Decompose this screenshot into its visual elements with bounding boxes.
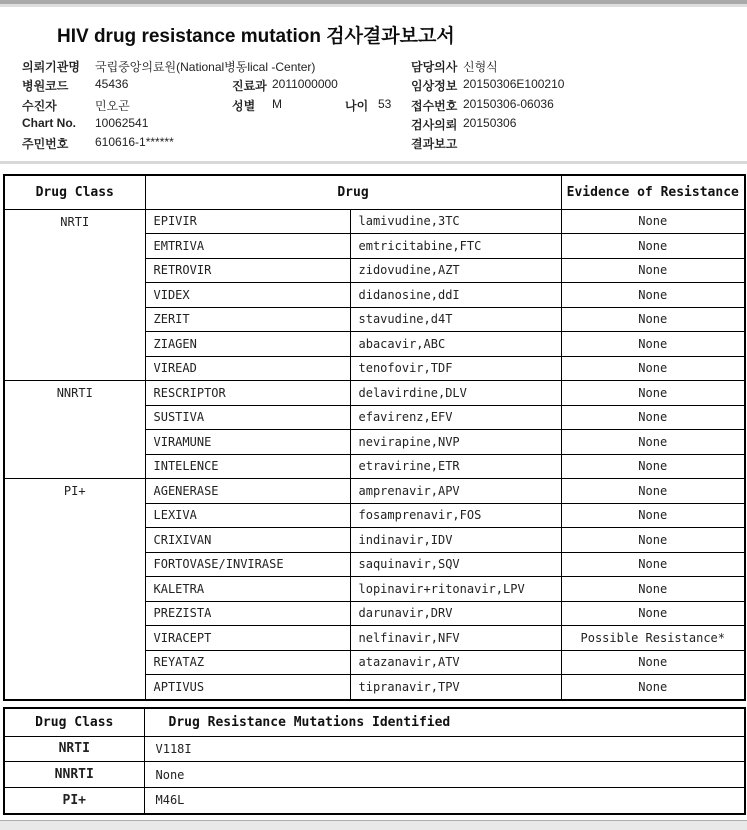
clinical-info-label: 임상정보 [411, 77, 457, 94]
meta-row-4: Chart No. 10062541 검사의뢰 20150306 [0, 116, 747, 132]
evidence-cell: None [561, 601, 745, 626]
brand-name-cell: AGENERASE [145, 479, 350, 504]
evidence-cell: None [561, 405, 745, 430]
evidence-cell: None [561, 356, 745, 381]
age-value: 53 [378, 97, 391, 111]
mutations-summary-table: Drug Class Drug Resistance Mutations Ide… [3, 707, 746, 815]
sex-label: 성별 [232, 97, 255, 114]
generic-name-cell: nelfinavir,NFV [350, 626, 561, 651]
resistance-table-body: NRTIEPIVIRlamivudine,3TCNoneEMTRIVAemtri… [4, 209, 745, 700]
chart-no-value: 10062541 [95, 116, 148, 130]
department-label: 진료과 [232, 77, 267, 94]
mutation-drug-class-cell: NNRTI [4, 762, 144, 788]
brand-name-cell: VIRACEPT [145, 626, 350, 651]
clinical-info-value: 20150306E100210 [463, 77, 564, 91]
brand-name-cell: FORTOVASE/INVIRASE [145, 552, 350, 577]
sex-value: M [272, 97, 282, 111]
mutation-row: NRTIV118I [4, 736, 745, 762]
brand-name-cell: INTELENCE [145, 454, 350, 479]
evidence-cell: None [561, 675, 745, 701]
brand-name-cell: RESCRIPTOR [145, 381, 350, 406]
brand-name-cell: RETROVIR [145, 258, 350, 283]
generic-name-cell: delavirdine,DLV [350, 381, 561, 406]
mutations-table-header-row: Drug Class Drug Resistance Mutations Ide… [4, 708, 745, 736]
brand-name-cell: KALETRA [145, 577, 350, 602]
hospital-code-value: 45436 [95, 77, 128, 91]
brand-name-cell: EPIVIR [145, 209, 350, 234]
generic-name-cell: indinavir,IDV [350, 528, 561, 553]
generic-name-cell: atazanavir,ATV [350, 650, 561, 675]
brand-name-cell: APTIVUS [145, 675, 350, 701]
patient-name-label: 수진자 [22, 97, 57, 114]
evidence-cell: None [561, 430, 745, 455]
brand-name-cell: ZIAGEN [145, 332, 350, 357]
brand-name-cell: CRIXIVAN [145, 528, 350, 553]
drug-class-cell: PI+ [4, 479, 145, 701]
generic-name-cell: fosamprenavir,FOS [350, 503, 561, 528]
mutation-drug-class-cell: NRTI [4, 736, 144, 762]
evidence-cell: None [561, 552, 745, 577]
brand-name-cell: PREZISTA [145, 601, 350, 626]
brand-name-cell: EMTRIVA [145, 234, 350, 259]
generic-name-cell: lopinavir+ritonavir,LPV [350, 577, 561, 602]
drug-row: NNRTIRESCRIPTORdelavirdine,DLVNone [4, 381, 745, 406]
drug-resistance-table: Drug Class Drug Evidence of Resistance N… [3, 174, 746, 701]
chart-no-label: Chart No. [22, 116, 76, 130]
generic-name-cell: lamivudine,3TC [350, 209, 561, 234]
generic-name-cell: nevirapine,NVP [350, 430, 561, 455]
mutations-identified-cell: M46L [144, 787, 745, 814]
mutations-drug-class-header: Drug Class [4, 708, 144, 736]
generic-name-cell: efavirenz,EFV [350, 405, 561, 430]
test-request-label: 검사의뢰 [411, 116, 457, 133]
evidence-cell: Possible Resistance* [561, 626, 745, 651]
evidence-cell: None [561, 528, 745, 553]
generic-name-cell: zidovudine,AZT [350, 258, 561, 283]
generic-name-cell: emtricitabine,FTC [350, 234, 561, 259]
evidence-cell: None [561, 258, 745, 283]
meta-row-2: 병원코드 45436 진료과 2011000000 임상정보 20150306E… [0, 77, 747, 93]
brand-name-cell: VIRAMUNE [145, 430, 350, 455]
brand-name-cell: VIREAD [145, 356, 350, 381]
brand-name-cell: VIDEX [145, 283, 350, 308]
accession-label: 접수번호 [411, 97, 457, 114]
brand-name-cell: ZERIT [145, 307, 350, 332]
evidence-cell: None [561, 234, 745, 259]
requesting-org-label: 의뢰기관명 [22, 58, 80, 75]
generic-name-cell: darunavir,DRV [350, 601, 561, 626]
generic-name-cell: saquinavir,SQV [350, 552, 561, 577]
evidence-cell: None [561, 209, 745, 234]
generic-name-cell: amprenavir,APV [350, 479, 561, 504]
evidence-cell: None [561, 307, 745, 332]
brand-name-cell: REYATAZ [145, 650, 350, 675]
mutations-table-body: NRTIV118INNRTINonePI+M46L [4, 736, 745, 814]
evidence-cell: None [561, 577, 745, 602]
drug-class-header: Drug Class [4, 175, 145, 209]
drug-row: PI+AGENERASEamprenavir,APVNone [4, 479, 745, 504]
mutation-row: NNRTINone [4, 762, 745, 788]
generic-name-cell: tenofovir,TDF [350, 356, 561, 381]
evidence-cell: None [561, 503, 745, 528]
generic-name-cell: stavudine,d4T [350, 307, 561, 332]
brand-name-cell: LEXIVA [145, 503, 350, 528]
resistance-table-header-row: Drug Class Drug Evidence of Resistance [4, 175, 745, 209]
requesting-org-value: 국립중앙의료원(National병동lical -Center) [95, 58, 315, 75]
generic-name-cell: etravirine,ETR [350, 454, 561, 479]
window-bottom-bar [0, 820, 747, 830]
evidence-cell: None [561, 454, 745, 479]
generic-name-cell: tipranavir,TPV [350, 675, 561, 701]
evidence-header: Evidence of Resistance [561, 175, 745, 209]
mutation-row: PI+M46L [4, 787, 745, 814]
evidence-cell: None [561, 283, 745, 308]
drug-class-cell: NRTI [4, 209, 145, 381]
resident-id-value: 610616-1****** [95, 135, 174, 149]
evidence-cell: None [561, 650, 745, 675]
mutation-drug-class-cell: PI+ [4, 787, 144, 814]
evidence-cell: None [561, 479, 745, 504]
resident-id-label: 주민번호 [22, 135, 68, 152]
drug-header: Drug [145, 175, 561, 209]
evidence-cell: None [561, 381, 745, 406]
drug-class-cell: NNRTI [4, 381, 145, 479]
hospital-code-label: 병원코드 [22, 77, 68, 94]
generic-name-cell: abacavir,ABC [350, 332, 561, 357]
brand-name-cell: SUSTIVA [145, 405, 350, 430]
window-top-bar [0, 0, 747, 7]
drug-row: NRTIEPIVIRlamivudine,3TCNone [4, 209, 745, 234]
doctor-value: 신형식 [463, 58, 498, 75]
test-request-value: 20150306 [463, 116, 516, 130]
page-title: HIV drug resistance mutation 검사결과보고서 [57, 21, 455, 48]
accession-value: 20150306-06036 [463, 97, 554, 111]
patient-name-value: 민오곤 [95, 97, 130, 114]
header-divider-line [0, 161, 747, 164]
generic-name-cell: didanosine,ddI [350, 283, 561, 308]
mutations-identified-cell: V118I [144, 736, 745, 762]
mutations-identified-cell: None [144, 762, 745, 788]
department-value: 2011000000 [272, 77, 338, 91]
meta-row-3: 수진자 민오곤 성별 M 나이 53 접수번호 20150306-06036 [0, 97, 747, 113]
doctor-label: 담당의사 [411, 58, 457, 75]
meta-row-5: 주민번호 610616-1****** 결과보고 [0, 135, 747, 151]
meta-row-1: 의뢰기관명 국립중앙의료원(National병동lical -Center) 담… [0, 58, 747, 74]
evidence-cell: None [561, 332, 745, 357]
result-report-label: 결과보고 [411, 135, 457, 152]
mutations-identified-header: Drug Resistance Mutations Identified [144, 708, 745, 736]
age-label: 나이 [345, 97, 368, 114]
